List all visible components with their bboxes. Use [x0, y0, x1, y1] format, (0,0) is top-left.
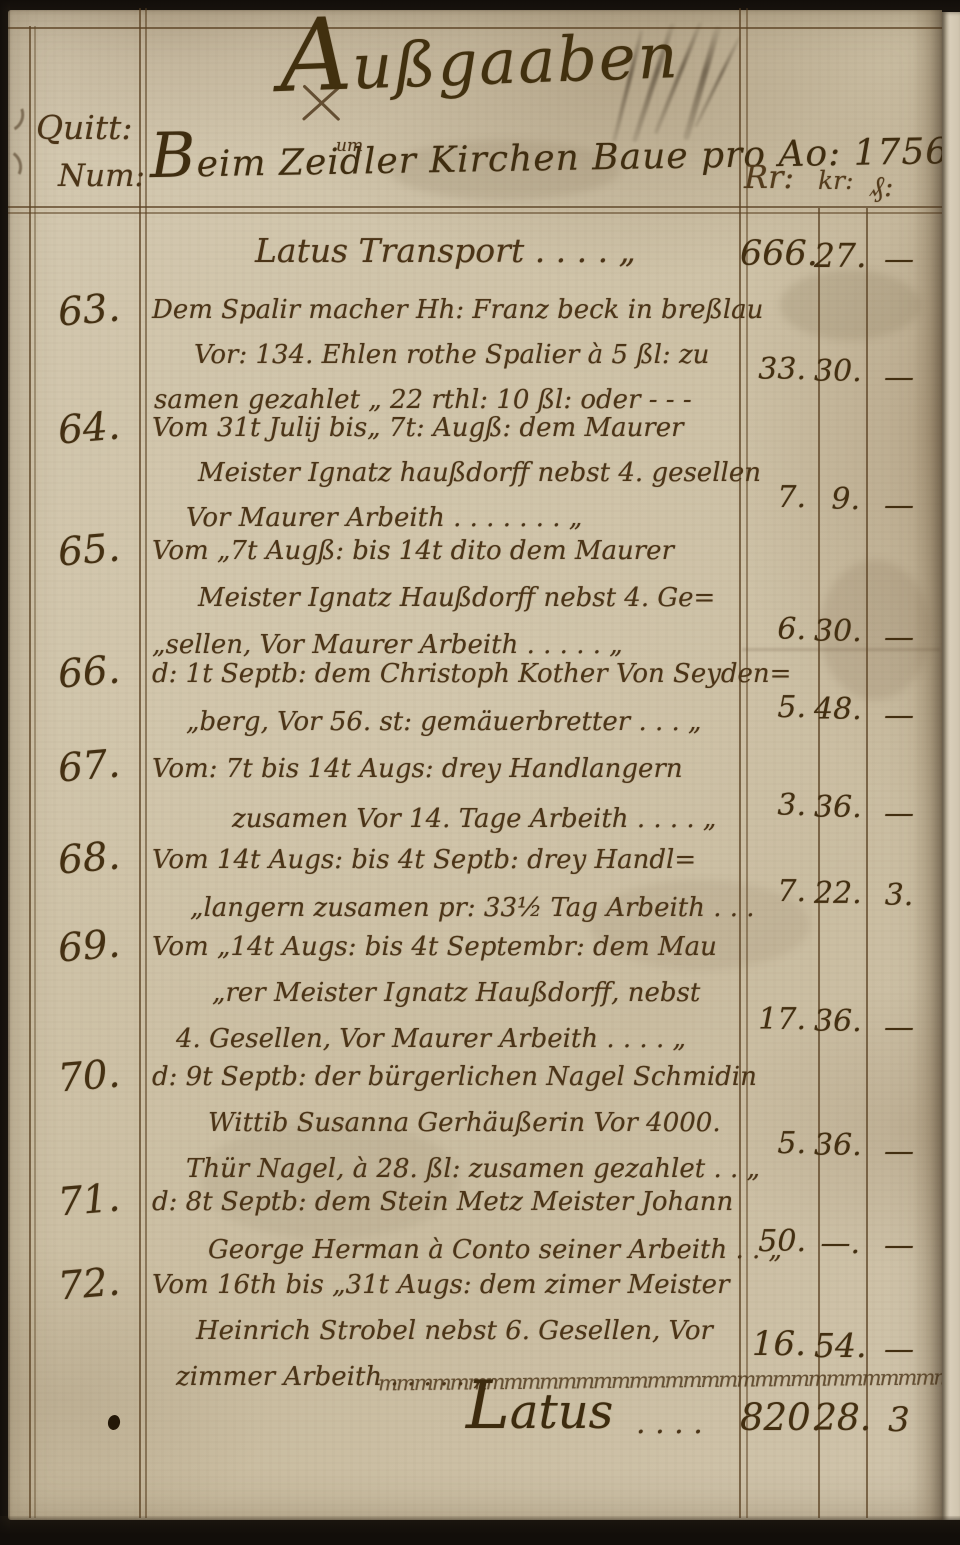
entry-text-line: Vom: 7t bis 14t Augs: drey Handlangern	[152, 744, 738, 794]
binding-edge	[0, 0, 10, 1545]
amount-kreuzer: 36.	[814, 1128, 860, 1163]
amount-taler: 50.	[740, 1224, 806, 1259]
entry-text-line: Dem Spalir macher Hh: Franz beck in breß…	[152, 288, 738, 333]
latus-dot-leader: . . . .	[636, 1406, 703, 1441]
entry-text-line: „rer Meister Ignatz Haußdorff, nebst	[212, 970, 738, 1016]
entry-text-line: d: 1t Septb: dem Christoph Kother Von Se…	[152, 650, 738, 698]
column-header-quitt: Quitt:	[36, 108, 133, 147]
entry-text-line: d: 9t Septb: der bürgerlichen Nagel Schm…	[152, 1054, 738, 1100]
amount-kreuzer: 27.	[814, 236, 860, 275]
entry-text-line: Vom 16th bis „31t Augs: dem zimer Meiste…	[152, 1262, 738, 1308]
bleedthrough-stain	[780, 270, 920, 340]
next-page-edge	[942, 12, 960, 1520]
column-header-kreuzer: kr:	[818, 166, 854, 195]
amount-taler: 5.	[740, 1126, 806, 1161]
amount-kreuzer: 54.	[814, 1326, 860, 1365]
entry-text-line: Vom 14t Augs: bis 4t Septb: drey Handl=	[152, 836, 738, 884]
entry-text-line: „berg, Vor 56. st: gemäuerbretter . . . …	[186, 698, 738, 746]
amount-kreuzer: 30.	[814, 614, 860, 649]
entry-text-line: Meister Ignatz Haußdorff nebst 4. Ge=	[198, 575, 738, 622]
entry-text-line: Vor: 134. Ehlen rothe Spalier à 5 ßl: zu	[194, 333, 738, 378]
entry-number: 66.	[40, 646, 138, 699]
amount-taler: 7.	[740, 874, 806, 909]
entry-number: 71.	[40, 1174, 138, 1227]
amount-taler: 666.	[740, 234, 806, 274]
entry-text-line: d: 8t Septb: dem Stein Metz Meister Joha…	[152, 1178, 738, 1226]
amount-taler: 3.	[740, 788, 806, 823]
latus-amount-taler: 820.	[740, 1396, 806, 1439]
amount-kreuzer: 9.	[814, 482, 860, 517]
amount-kreuzer: 48.	[814, 692, 860, 727]
manuscript-photo: Quitt: Num: Außgaaben Beim Zeidler Kirch…	[0, 0, 960, 1545]
entry-text-line: Vom 31t Julij bis„ 7t: Augß: dem Maurer	[152, 406, 738, 451]
amount-kreuzer: 36.	[814, 1004, 860, 1039]
entry-text-line: Heinrich Strobel nebst 6. Gesellen, Vor	[196, 1308, 738, 1354]
table-rule-horizontal	[8, 212, 942, 214]
amount-taler: 17.	[740, 1002, 806, 1037]
column-header-pfennig: ₰:	[870, 170, 893, 204]
entry-text-line: Vom „7t Augß: bis 14t dito dem Maurer	[152, 528, 738, 575]
entry-number: 68.	[40, 832, 138, 885]
amount-taler: 5.	[740, 690, 806, 725]
entry-number: 69.	[40, 920, 138, 973]
column-header-taler: Rr:	[744, 158, 794, 196]
amount-taler: 33.	[740, 352, 806, 387]
entry-number: 67.	[40, 740, 138, 793]
table-rule-vertical	[145, 8, 147, 1518]
page-title: Außgaaben	[279, 19, 681, 106]
column-header-num: Num:	[58, 158, 145, 194]
amount-kreuzer: 30.	[814, 354, 860, 389]
entry-number: 70.	[40, 1050, 138, 1103]
amount-kreuzer: 22.	[814, 876, 860, 911]
latus-label: Latus	[466, 1384, 613, 1440]
entry-number: 65.	[40, 524, 138, 577]
table-rule-vertical	[29, 26, 31, 1518]
amount-kreuzer: —.	[814, 1226, 860, 1261]
latus-amount-kreuzer: 28.	[814, 1398, 860, 1439]
entry-text-line: Meister Ignatz haußdorff nebst 4. gesell…	[198, 451, 738, 496]
photo-backdrop-top	[0, 0, 960, 11]
amount-taler: 6.	[740, 612, 806, 647]
table-rule-vertical	[866, 208, 868, 1518]
table-rule-vertical	[139, 8, 141, 1518]
amount-taler: 7.	[740, 480, 806, 515]
entry-number: 72.	[40, 1258, 138, 1311]
amount-taler: 16.	[740, 1324, 806, 1364]
entry-number: 64.	[40, 402, 138, 455]
entry-text-line: Vom „14t Augs: bis 4t Septembr: dem Mau	[152, 924, 738, 970]
table-rule-horizontal	[8, 206, 942, 208]
insertion-mark: um	[336, 136, 363, 156]
table-rule-vertical	[818, 208, 820, 1518]
amount-kreuzer: 36.	[814, 790, 860, 825]
entry-text-line: Wittib Susanna Gerhäußerin Vor 4000.	[208, 1100, 738, 1146]
page-fold-shadow	[912, 10, 942, 1520]
table-rule-vertical	[34, 26, 36, 1518]
photo-backdrop-bottom	[0, 1516, 960, 1545]
entry-number: 63.	[40, 284, 138, 337]
